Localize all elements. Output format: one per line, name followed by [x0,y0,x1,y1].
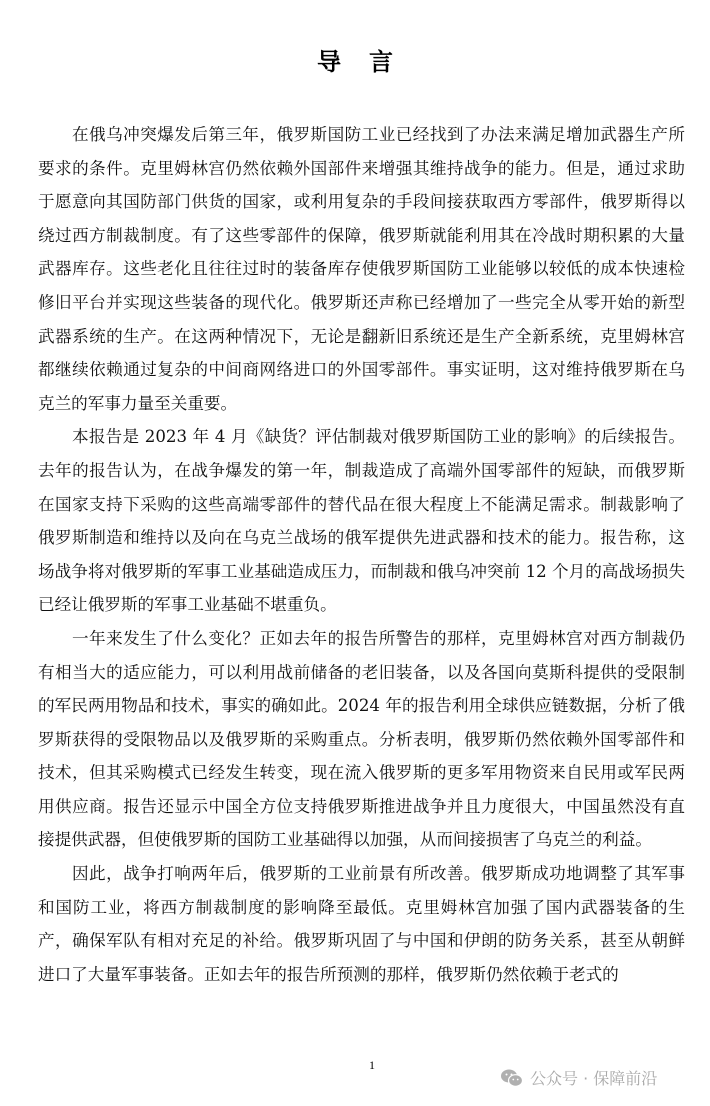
paragraph: 因此，战争打响两年后，俄罗斯的工业前景有所改善。俄罗斯成功地调整了其军事和国防工… [38,857,685,991]
page-title: 导言 [0,42,710,77]
document-body: 在俄乌冲突爆发后第三年，俄罗斯国防工业已经找到了办法来满足增加武器生产所要求的条… [38,118,685,991]
watermark-text: 公众号 · 保障前沿 [530,1066,657,1089]
page-number: 1 [369,1058,375,1073]
paragraph: 本报告是 2023 年 4 月《缺货？评估制裁对俄罗斯国防工业的影响》的后续报告… [38,420,685,622]
watermark: 公众号 · 保障前沿 [500,1066,657,1089]
paragraph: 一年来发生了什么变化？正如去年的报告所警告的那样，克里姆林宫对西方制裁仍有相当大… [38,622,685,857]
paragraph: 在俄乌冲突爆发后第三年，俄罗斯国防工业已经找到了办法来满足增加武器生产所要求的条… [38,118,685,420]
wechat-icon [500,1068,524,1088]
